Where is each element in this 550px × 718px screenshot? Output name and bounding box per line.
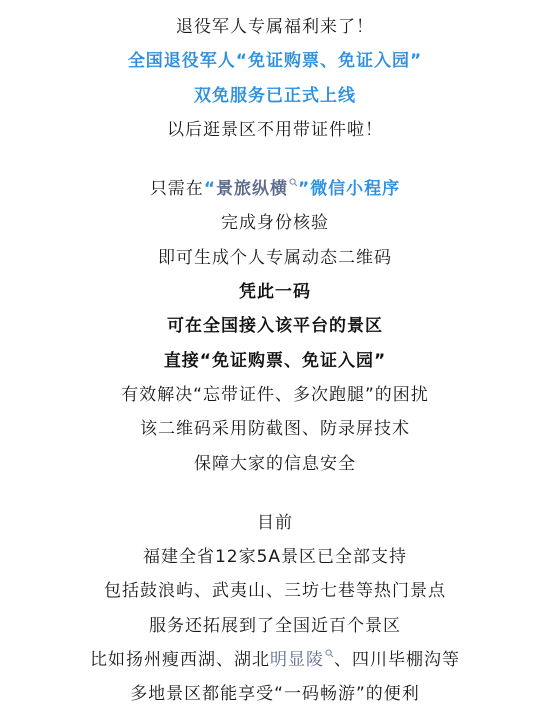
text-line: 服务还拓展到了全国近百个景区 — [0, 609, 550, 643]
text-line: 即可生成个人专属动态二维码 — [0, 241, 550, 275]
mini-program-line: 只需在“景旅纵横”微信小程序 — [0, 172, 550, 206]
scenic-examples-line: 比如扬州瘦西湖、湖北明显陵、四川毕棚沟等 — [0, 643, 550, 677]
highlight-line: 双免服务已正式上线 — [0, 79, 550, 113]
bold-line: 可在全国接入该平台的景区 — [0, 309, 550, 343]
quote-close: ” — [298, 179, 310, 199]
search-link-mingxianling[interactable]: 明显陵 — [270, 650, 324, 670]
text-line: 保障大家的信息安全 — [0, 447, 550, 481]
text-line: 以后逛景区不用带证件啦！ — [0, 113, 550, 147]
mini-program-label: 微信小程序 — [310, 179, 400, 199]
search-link-jinglv[interactable]: 景旅纵横 — [216, 179, 288, 199]
paragraph-gap — [0, 147, 550, 172]
text-prefix: 比如扬州瘦西湖、湖北 — [90, 650, 270, 670]
search-icon[interactable] — [325, 649, 334, 658]
text-line: 有效解决“忘带证件、多次跑腿”的困扰 — [0, 378, 550, 412]
quote-open: “ — [204, 179, 216, 199]
highlight-line: 全国退役军人“免证购票、免证入园” — [0, 44, 550, 78]
text-line: 包括鼓浪屿、武夷山、三坊七巷等热门景点 — [0, 574, 550, 608]
text-suffix: 、四川毕棚沟等 — [334, 650, 460, 670]
text-line: 多地景区都能享受“一码畅游”的便利 — [0, 677, 550, 711]
text-line: 福建全省12家5A景区已全部支持 — [0, 540, 550, 574]
paragraph-gap — [0, 481, 550, 506]
bold-line: 凭此一码 — [0, 275, 550, 309]
text-line: 该二维码采用防截图、防录屏技术 — [0, 412, 550, 446]
text-line: 目前 — [0, 506, 550, 540]
article-body: 退役军人专属福利来了！ 全国退役军人“免证购票、免证入园” 双免服务已正式上线 … — [0, 10, 550, 712]
text-prefix: 只需在 — [150, 179, 204, 199]
intro-line: 退役军人专属福利来了！ — [0, 10, 550, 44]
text-line: 完成身份核验 — [0, 206, 550, 240]
bold-line: 直接“免证购票、免证入园” — [0, 344, 550, 378]
search-icon[interactable] — [289, 178, 298, 187]
